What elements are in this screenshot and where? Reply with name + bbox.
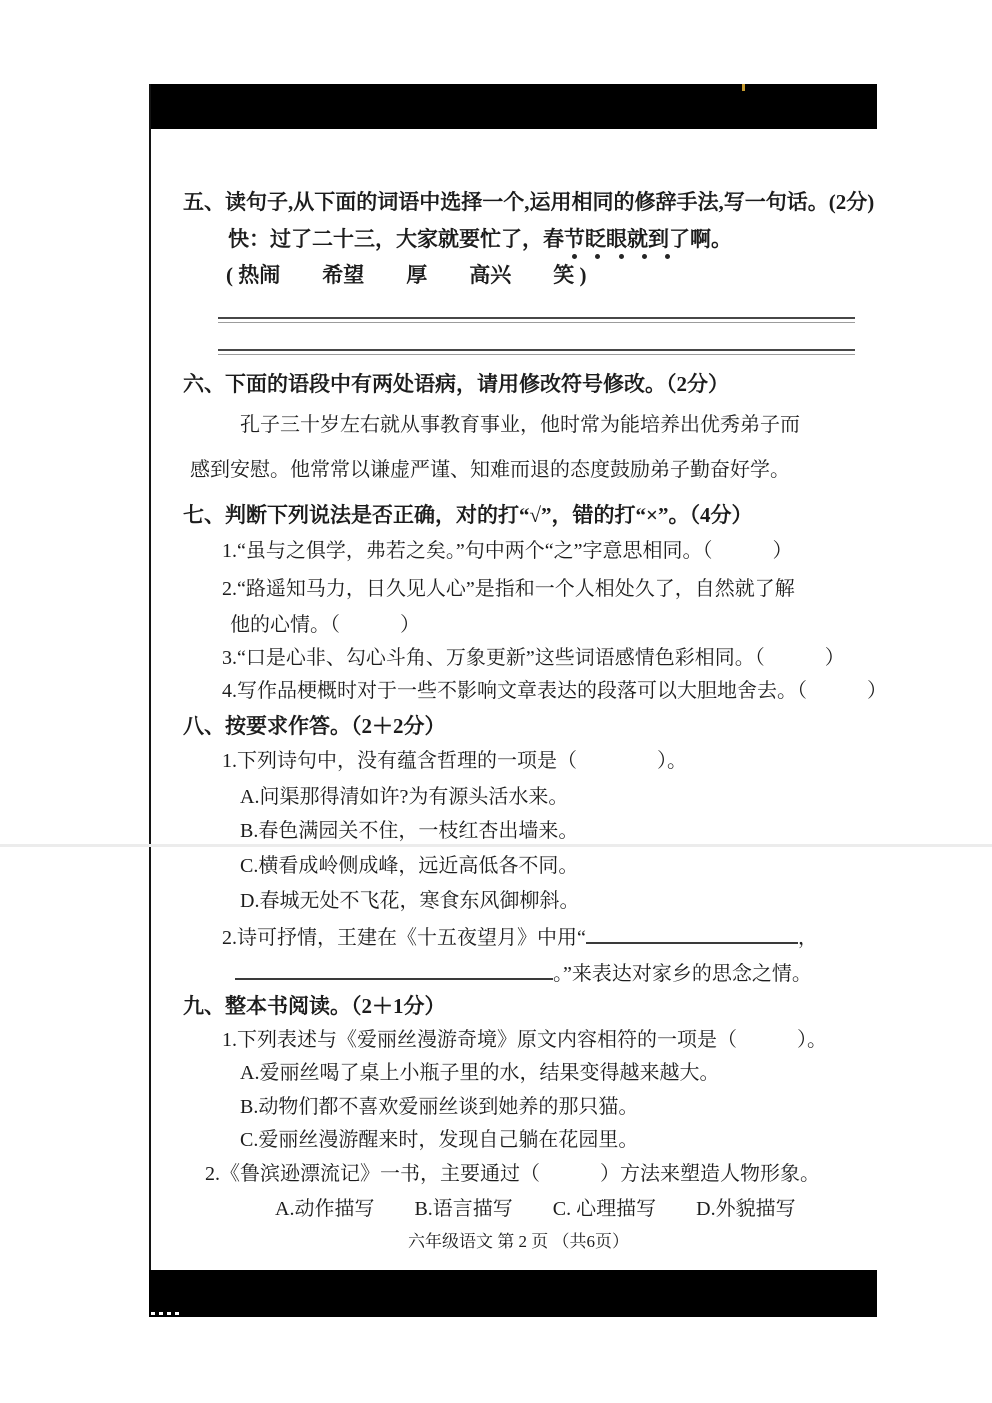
scan-black-bar-top xyxy=(149,84,877,129)
q7-heading: 七、判断下列说法是否正确，对的打“√”，错的打“×”。（4分） xyxy=(183,502,753,528)
q6-passage-line: 感到安慰。他常常以谦虚严谨、知难而退的态度鼓励弟子勤奋好学。 xyxy=(190,457,790,483)
scan-black-bar-bottom xyxy=(149,1270,877,1317)
q8-item2-line2: 。”来表达对家乡的思念之情。 xyxy=(235,958,812,987)
q6-heading: 六、下面的语段中有两处语病，请用修改符号修改。（2分） xyxy=(183,371,729,397)
scan-artifact-tick xyxy=(742,84,745,91)
q5-example-suffix: 啊。 xyxy=(690,227,732,251)
q8-item2-prefix: 2.诗可抒情，王建在《十五夜望月》中用“ xyxy=(222,927,586,949)
q8-item1-option-d: D.春城无处不飞花，寒食东风御柳斜。 xyxy=(240,888,579,914)
answer-line xyxy=(218,317,855,323)
q9-item2-options: A.动作描写 B.语言描写 C. 心理描写 D.外貌描写 xyxy=(275,1196,796,1222)
q9-heading: 九、整本书阅读。（2＋1分） xyxy=(183,993,446,1019)
q9-item1-option-a: A.爱丽丝喝了桌上小瓶子里的水，结果变得越来越大。 xyxy=(240,1060,719,1086)
q8-item1-option-a: A.问渠那得清如许?为有源头活水来。 xyxy=(240,784,568,810)
q8-item1-option-b: B.春色满园关不住，一枝红杏出墙来。 xyxy=(240,818,578,844)
q5-example-emphasized: 眨眼就到了 xyxy=(585,227,690,251)
q8-item2-comma: ， xyxy=(798,927,818,949)
q8-item2-line1: 2.诗可抒情，王建在《十五夜望月》中用“， xyxy=(222,922,818,951)
fill-in-blank xyxy=(586,922,798,944)
q9-item1-option-c: C.爱丽丝漫游醒来时，发现自己躺在花园里。 xyxy=(240,1127,638,1153)
q9-item2-stem: 2.《鲁滨逊漂流记》一书，主要通过（ ）方法来塑造人物形象。 xyxy=(205,1161,820,1187)
q7-item-wrap: 他的心情。（ ） xyxy=(230,612,420,638)
scanned-exam-page: 五、读句子,从下面的词语中选择一个,运用相同的修辞手法,写一句话。(2分) 快：… xyxy=(0,0,992,1403)
scan-artifact-specks xyxy=(151,1312,179,1315)
q5-example-sentence: 快：过了二十三，大家就要忙了，春节眨眼就到了啊。 xyxy=(228,226,732,252)
q7-item: 4.写作品梗概时对于一些不影响文章表达的段落可以大胆地舍去。（ ） xyxy=(222,678,887,704)
page-edge-line xyxy=(149,84,151,1270)
page-footer: 六年级语文 第 2 页 （共6页） xyxy=(408,1229,629,1255)
q7-item: 1.“虽与之俱学，弗若之矣。”句中两个“之”字意思相同。（ ） xyxy=(222,538,793,564)
fill-in-blank xyxy=(235,958,553,980)
q9-item1-stem: 1.下列表述与《爱丽丝漫游奇境》原文内容相符的一项是（ ）。 xyxy=(222,1027,827,1053)
answer-line xyxy=(218,349,855,355)
q9-item1-option-b: B.动物们都不喜欢爱丽丝谈到她养的那只猫。 xyxy=(240,1094,638,1120)
q8-heading: 八、按要求作答。（2＋2分） xyxy=(183,713,446,739)
q5-word-bank: ( 热闹 希望 厚 高兴 笑 ) xyxy=(226,262,587,288)
q5-example-prefix: 快：过了二十三，大家就要忙了，春节 xyxy=(228,227,585,251)
scan-seam-band xyxy=(0,844,992,847)
q8-item1-option-c: C.横看成岭侧成峰，远近高低各不同。 xyxy=(240,853,578,879)
q8-item1-stem: 1.下列诗句中，没有蕴含哲理的一项是（ ）。 xyxy=(222,748,687,774)
q5-heading: 五、读句子,从下面的词语中选择一个,运用相同的修辞手法,写一句话。(2分) xyxy=(183,189,874,215)
emphasis-dots xyxy=(572,254,670,259)
q8-item2-suffix: 。”来表达对家乡的思念之情。 xyxy=(553,963,812,985)
q7-item: 2.“路遥知马力，日久见人心”是指和一个人相处久了，自然就了解 xyxy=(222,576,795,602)
q7-item: 3.“口是心非、勾心斗角、万象更新”这些词语感情色彩相同。（ ） xyxy=(222,645,845,671)
q6-passage-line: 孔子三十岁左右就从事教育事业，他时常为能培养出优秀弟子而 xyxy=(240,412,800,438)
